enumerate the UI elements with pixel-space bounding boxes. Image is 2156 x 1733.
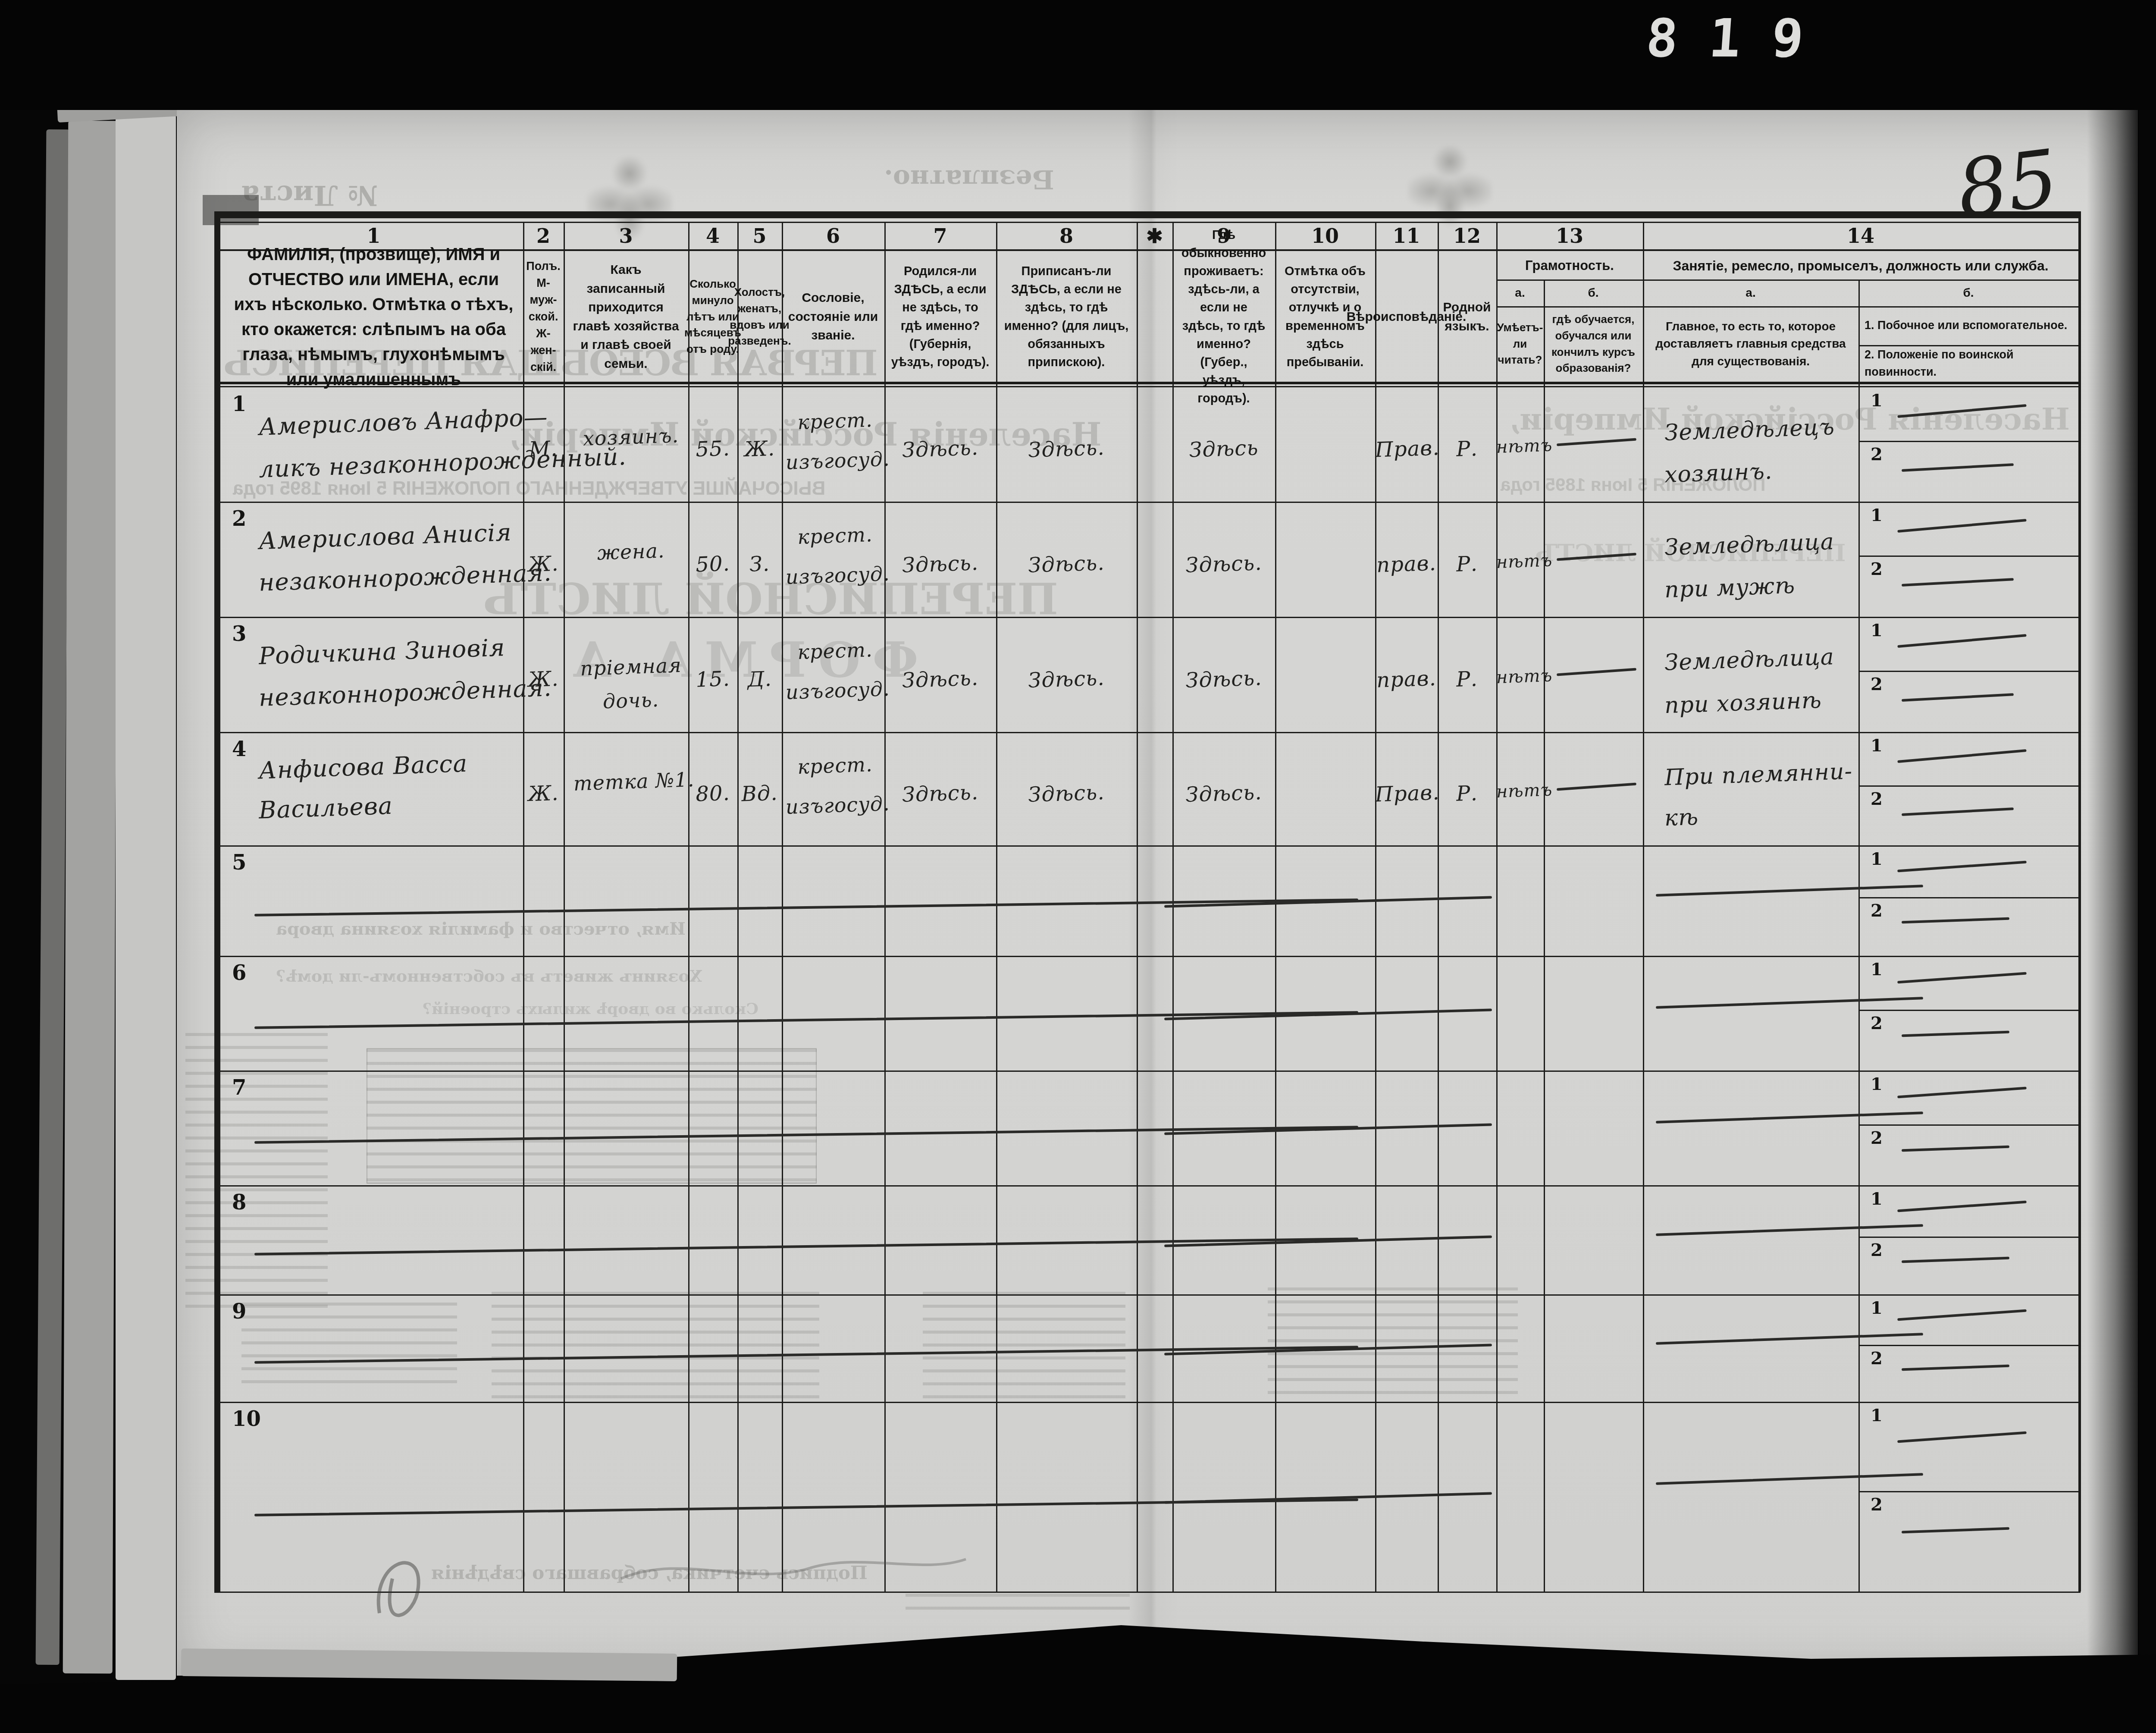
- header-col-number: 3: [564, 223, 688, 249]
- paper-stack-edge: [63, 121, 118, 1673]
- handwritten-entry: хозяинъ.: [1664, 454, 1773, 493]
- subcell-label: 1: [1864, 618, 1890, 643]
- handwritten-entry: кѣ: [1664, 800, 1699, 837]
- handwritten-entry: Ж.: [737, 432, 783, 466]
- bleed-instructions: [923, 1292, 1125, 1400]
- subcell-label: 1: [1864, 1187, 1890, 1211]
- handwritten-entry: Вд.: [737, 776, 783, 811]
- subcell-label: 2: [1864, 787, 1890, 811]
- handwritten-entry: изъгосуд.: [785, 443, 885, 479]
- handwritten-entry: Р.: [1437, 662, 1497, 697]
- header-col-number: 10: [1275, 223, 1375, 249]
- handwritten-entry: пріемная: [573, 649, 689, 685]
- table-rule: [1858, 279, 1860, 1592]
- handwritten-entry: Ж.: [523, 776, 564, 811]
- handwritten-entry: Д.: [737, 662, 783, 697]
- subcell-label: 1: [1864, 1403, 1890, 1428]
- handwritten-page-number: 85: [1952, 132, 2063, 235]
- header-label: Главное, то есть то, которое доставляетъ…: [1643, 306, 1858, 382]
- row-number: 5: [227, 848, 271, 878]
- handwritten-entry: Здѣсь: [1172, 431, 1276, 468]
- handwritten-entry: Здѣсь.: [996, 775, 1137, 813]
- subcell-label: 1: [1864, 389, 1890, 413]
- header-label: Сословіе, состояніе или званіе.: [782, 252, 884, 382]
- handwritten-entry: З.: [737, 547, 783, 581]
- row-rule: [214, 1294, 2081, 1296]
- handwritten-entry: Земледѣлица: [1664, 639, 1835, 681]
- handwritten-entry: при хозяинѣ: [1664, 683, 1823, 724]
- handwritten-entry: Здѣсь.: [884, 661, 997, 698]
- handwritten-entry: Анфисова Васса: [258, 744, 468, 790]
- header-label: Занятіе, ремесло, промыселъ, должность и…: [1643, 252, 2078, 279]
- row-number: 8: [227, 1188, 271, 1218]
- header-label: гдѣ обучается, обучался или кончилъ курс…: [1544, 306, 1643, 382]
- handwritten-entry: Р.: [1437, 432, 1497, 467]
- bleed-free-note: Безплатно.: [884, 164, 1054, 194]
- subcell-label: 2: [1864, 1011, 1890, 1036]
- handwritten-entry: жена.: [573, 534, 689, 570]
- row-rule: [214, 502, 2081, 503]
- header-label: Умѣетъ-ли читать?: [1496, 306, 1544, 382]
- handwritten-entry: дочь.: [573, 683, 689, 719]
- row-number: 9: [227, 1297, 271, 1327]
- handwritten-entry: изъгосуд.: [785, 558, 885, 593]
- handwritten-entry: изъгосуд.: [785, 788, 885, 823]
- bleed-signature-squiggle: [354, 1527, 1044, 1639]
- header-col-number: 13: [1496, 223, 1643, 249]
- subcell-rule: [1858, 897, 2078, 898]
- header-label: ФАМИЛІЯ, (прозвище), ИМЯ и ОТЧЕСТВО или …: [224, 252, 523, 382]
- handwritten-entry: крест.: [785, 518, 885, 554]
- scanned-census-sheet: № Листа Безплатно. ПЕРВАЯ ВСЕОБЩАЯ ПЕРЕП…: [0, 0, 2156, 1733]
- subcell-rule: [1858, 785, 2078, 787]
- table-rule: [996, 223, 997, 1592]
- under-sheet-edge: [181, 1648, 677, 1681]
- handwritten-entry: 15.: [688, 662, 738, 697]
- handwritten-entry: хозяинъ.: [573, 419, 689, 455]
- handwritten-entry: при мужѣ: [1664, 568, 1796, 609]
- subcell-rule: [1858, 1237, 2078, 1238]
- handwritten-entry: Р.: [1437, 776, 1497, 811]
- handwritten-entry: крест.: [785, 404, 885, 439]
- header-label: Приписанъ-ли ЗДѢСЬ, а если не здѣсь, то …: [996, 252, 1137, 382]
- handwritten-entry: нѣтъ: [1496, 662, 1544, 691]
- subcell-label: 1: [1864, 1296, 1890, 1320]
- handwritten-entry: Здѣсь.: [884, 775, 997, 813]
- row-number: 10: [227, 1404, 271, 1435]
- header-label: а.: [1643, 279, 1858, 306]
- handwritten-entry: Здѣсь.: [996, 660, 1137, 698]
- handwritten-entry: Ж.: [523, 547, 564, 581]
- handwritten-entry: М.: [523, 432, 564, 466]
- bleed-sheet-no: № Листа: [241, 179, 378, 211]
- row-number: 6: [227, 958, 271, 989]
- row-rule: [214, 956, 2081, 957]
- header-label: Холостъ, женатъ, вдовъ или разведенъ.: [737, 252, 782, 382]
- header-label: Грамотность.: [1496, 252, 1643, 279]
- handwritten-entry: Здѣсь.: [1172, 661, 1276, 698]
- table-rule: [1643, 223, 1644, 1592]
- table-top-border: [214, 211, 2081, 218]
- row-number: 7: [227, 1073, 271, 1103]
- header-label: Родной языкъ.: [1438, 252, 1496, 382]
- subcell-label: 2: [1864, 1347, 1890, 1371]
- row-rule: [214, 732, 2081, 733]
- handwritten-entry: тетка №1.: [573, 764, 689, 800]
- handwritten-entry: изъгосуд.: [785, 673, 885, 709]
- subcell-rule: [1858, 1491, 2078, 1492]
- handwritten-entry: 50.: [688, 547, 738, 582]
- header-label: Гдѣ обыкновенно проживаетъ: здѣсь-ли, а …: [1172, 252, 1275, 382]
- handwritten-entry: Прав.: [1375, 431, 1438, 467]
- handwritten-entry: 55.: [688, 432, 738, 467]
- subcell-label: 1: [1864, 734, 1890, 758]
- handwritten-entry: 80.: [688, 776, 738, 811]
- handwritten-entry: Здѣсь.: [996, 430, 1137, 468]
- handwritten-entry: Р.: [1437, 547, 1497, 582]
- handwritten-entry: Здѣсь.: [1172, 546, 1276, 583]
- microfilm-frame-counter: 819: [1644, 8, 1836, 69]
- table-rule: [1496, 223, 1498, 1592]
- ink-block: [203, 195, 259, 225]
- handwritten-entry: нѣтъ: [1496, 547, 1544, 576]
- subcell-label: 1: [1864, 847, 1890, 871]
- subcell-label: 2: [1864, 1238, 1890, 1262]
- subcell-label: 1: [1864, 1072, 1890, 1096]
- header-col-number: 4: [688, 223, 737, 249]
- subcell-label: 2: [1864, 1126, 1890, 1150]
- table-left-border: [214, 211, 220, 1592]
- bleed-instructions: [492, 1292, 819, 1408]
- table-rule: [1275, 223, 1276, 1592]
- subcell-rule: [1858, 556, 2078, 557]
- handwritten-entry: Ж.: [523, 662, 564, 697]
- bleed-house-line: Хозяинъ живетъ въ собственномъ-ли домѣ?: [276, 966, 702, 986]
- subcell-label: 2: [1864, 899, 1890, 923]
- subcell-label: 2: [1864, 672, 1890, 697]
- handwritten-entry: Здѣсь.: [1172, 775, 1276, 812]
- table-rule: [564, 223, 565, 1592]
- row-rule: [214, 1402, 2081, 1403]
- subcell-label: 1: [1864, 503, 1890, 527]
- paper-stack-edge: [116, 114, 176, 1680]
- header-col-number: 7: [884, 223, 996, 249]
- subcell-rule: [1858, 1010, 2078, 1011]
- table-rule: [1544, 279, 1545, 1592]
- row-rule: [214, 617, 2081, 618]
- subcell-rule: [1858, 671, 2078, 672]
- bleed-table: [367, 1048, 817, 1184]
- header-col-number: 2: [523, 223, 564, 249]
- handwritten-entry: При племянни-: [1664, 753, 1853, 796]
- table-rule: [1375, 223, 1376, 1592]
- bleed-instructions: [241, 1303, 457, 1393]
- page-edge-shadow: [2087, 110, 2139, 1676]
- header-label: б.: [1544, 279, 1643, 306]
- table-right-border: [2078, 211, 2081, 1592]
- header-col-number: ✱: [1137, 223, 1172, 249]
- header-label: б.: [1858, 279, 2078, 306]
- handwritten-entry: Земледѣлецъ: [1664, 409, 1836, 451]
- handwritten-entry: Здѣсь.: [996, 545, 1137, 583]
- handwritten-entry: прав.: [1375, 546, 1438, 582]
- handwritten-entry: прав.: [1375, 662, 1438, 697]
- row-rule: [214, 1185, 2081, 1187]
- handwritten-entry: нѣтъ: [1496, 776, 1544, 806]
- header-label: 1. Побочное или вспомогательное.: [1858, 306, 2078, 345]
- header-label: 2. Положеніе по воинской повинности.: [1858, 345, 2078, 382]
- table-rule: [1137, 223, 1138, 1592]
- subcell-label: 2: [1864, 1493, 1890, 1517]
- subcell-rule: [1858, 441, 2078, 442]
- header-col-number: 8: [996, 223, 1137, 249]
- header-col-number: 5: [737, 223, 782, 249]
- table-rule: [688, 223, 689, 1592]
- header-label: Полъ. М-муж-ской. Ж-жен-скій.: [523, 252, 564, 382]
- handwritten-entry: Земледѣлица: [1664, 524, 1835, 566]
- row-rule: [214, 1071, 2081, 1072]
- row-rule: [214, 845, 2081, 847]
- subcell-label: 1: [1864, 958, 1890, 982]
- header-label: Какъ записанный приходится главѣ хозяйст…: [564, 252, 688, 382]
- handwritten-entry: Васильева: [258, 787, 394, 829]
- handwritten-entry: Здѣсь.: [884, 431, 997, 468]
- handwritten-entry: Здѣсь.: [884, 546, 997, 583]
- header-col-number: 11: [1375, 223, 1438, 249]
- subcell-rule: [1858, 1124, 2078, 1126]
- handwritten-entry: Прав.: [1375, 776, 1438, 811]
- subcell-label: 2: [1864, 443, 1890, 467]
- handwritten-entry: крест.: [785, 748, 885, 784]
- header-label: Родился-ли ЗДѢСЬ, а если не здѣсь, то гд…: [884, 252, 996, 382]
- subcell-label: 2: [1864, 557, 1890, 581]
- table-rule: [1438, 223, 1439, 1592]
- header-label: а.: [1496, 279, 1544, 306]
- bleed-buildings-line: Сколько во дворѣ жилыхъ строеній?: [423, 1000, 758, 1018]
- header-label: Вѣроисповѣданіе.: [1375, 252, 1438, 382]
- header-col-number: 12: [1438, 223, 1496, 249]
- header-col-number: 6: [782, 223, 884, 249]
- handwritten-entry: крест.: [785, 634, 885, 669]
- bleed-household-line: Имя, отчество и фамилія хозяина двора: [276, 919, 686, 939]
- handwritten-entry: нѣтъ: [1496, 432, 1544, 461]
- subcell-rule: [1858, 1345, 2078, 1346]
